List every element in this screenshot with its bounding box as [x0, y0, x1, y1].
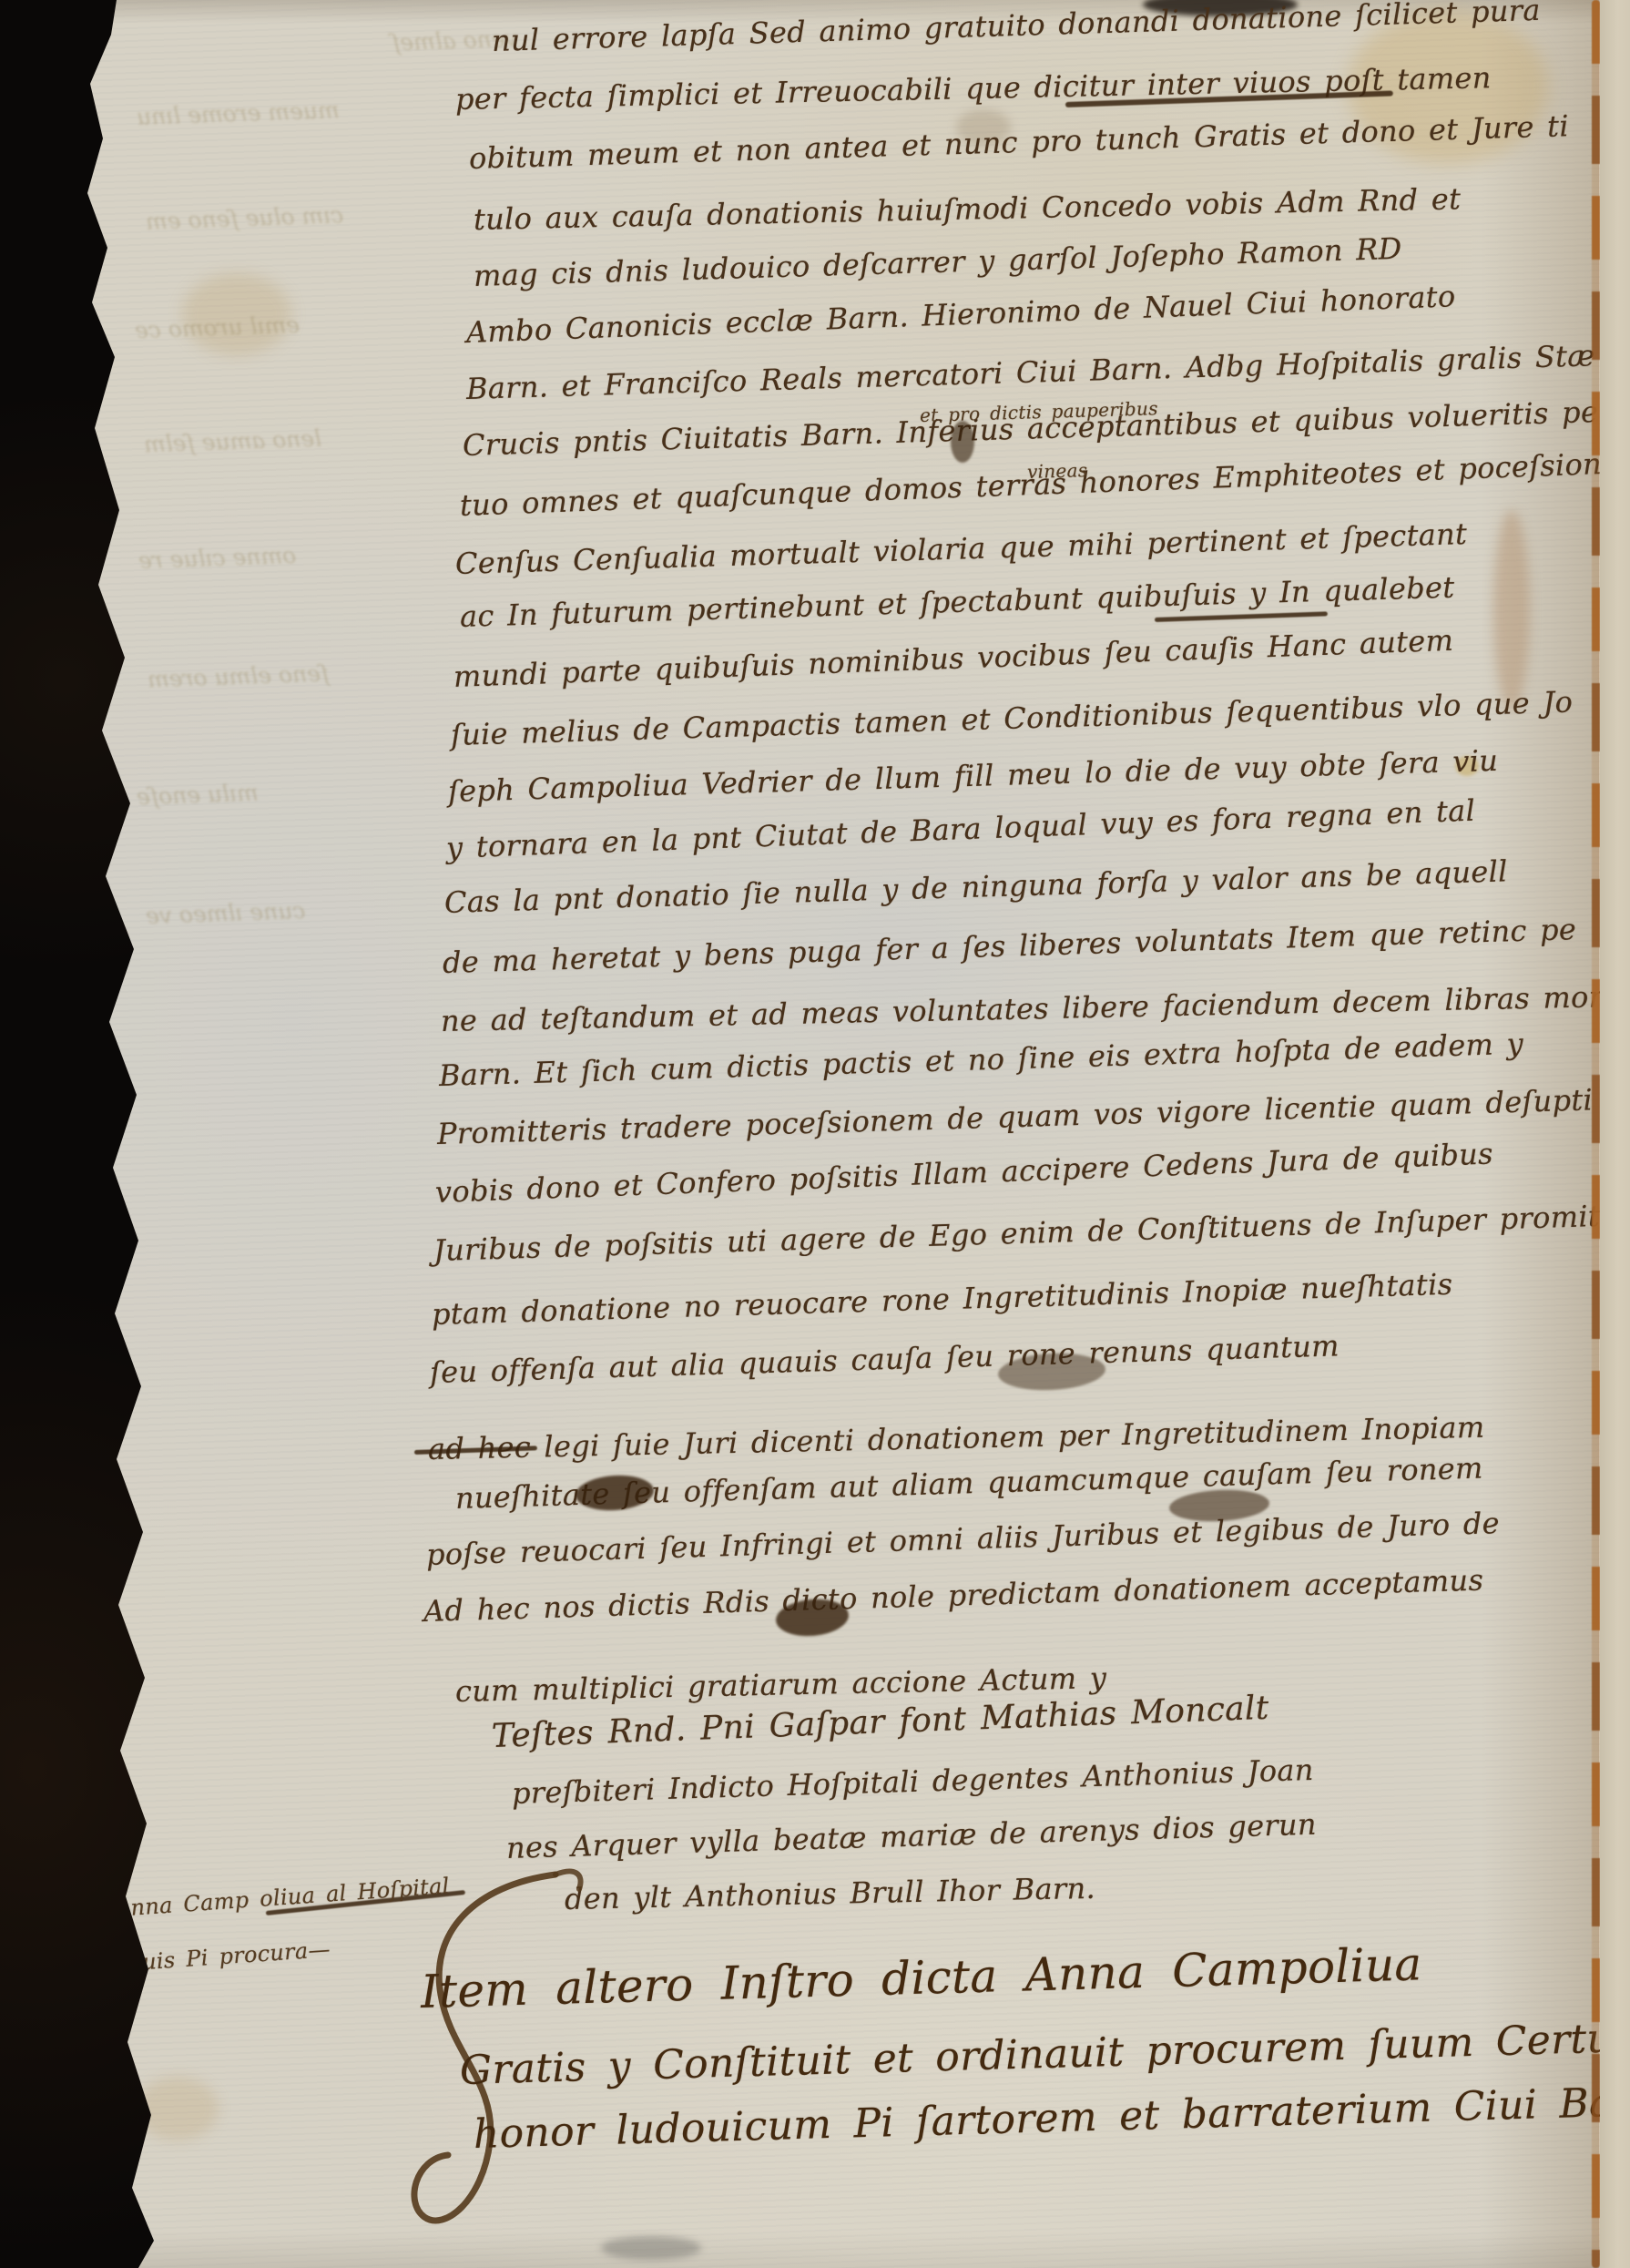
bleed-through-text: cune ılmeo ve	[146, 897, 306, 929]
ink-blot	[951, 421, 974, 463]
stain	[1493, 510, 1530, 710]
interlinear-insert: vineas	[1027, 459, 1088, 483]
manuscript-page: muem erome lınu cım olue ſeno em emıl ur…	[0, 0, 1630, 2268]
stain	[601, 2236, 701, 2260]
bleed-through-text: mılu enoſe	[137, 780, 260, 811]
manuscript-scan: muem erome lınu cım olue ſeno em emıl ur…	[0, 0, 1630, 2268]
next-page-sliver	[1600, 0, 1630, 2268]
bleed-through-text: omne cılue re	[138, 542, 297, 574]
fore-edge-line	[1592, 0, 1600, 2268]
